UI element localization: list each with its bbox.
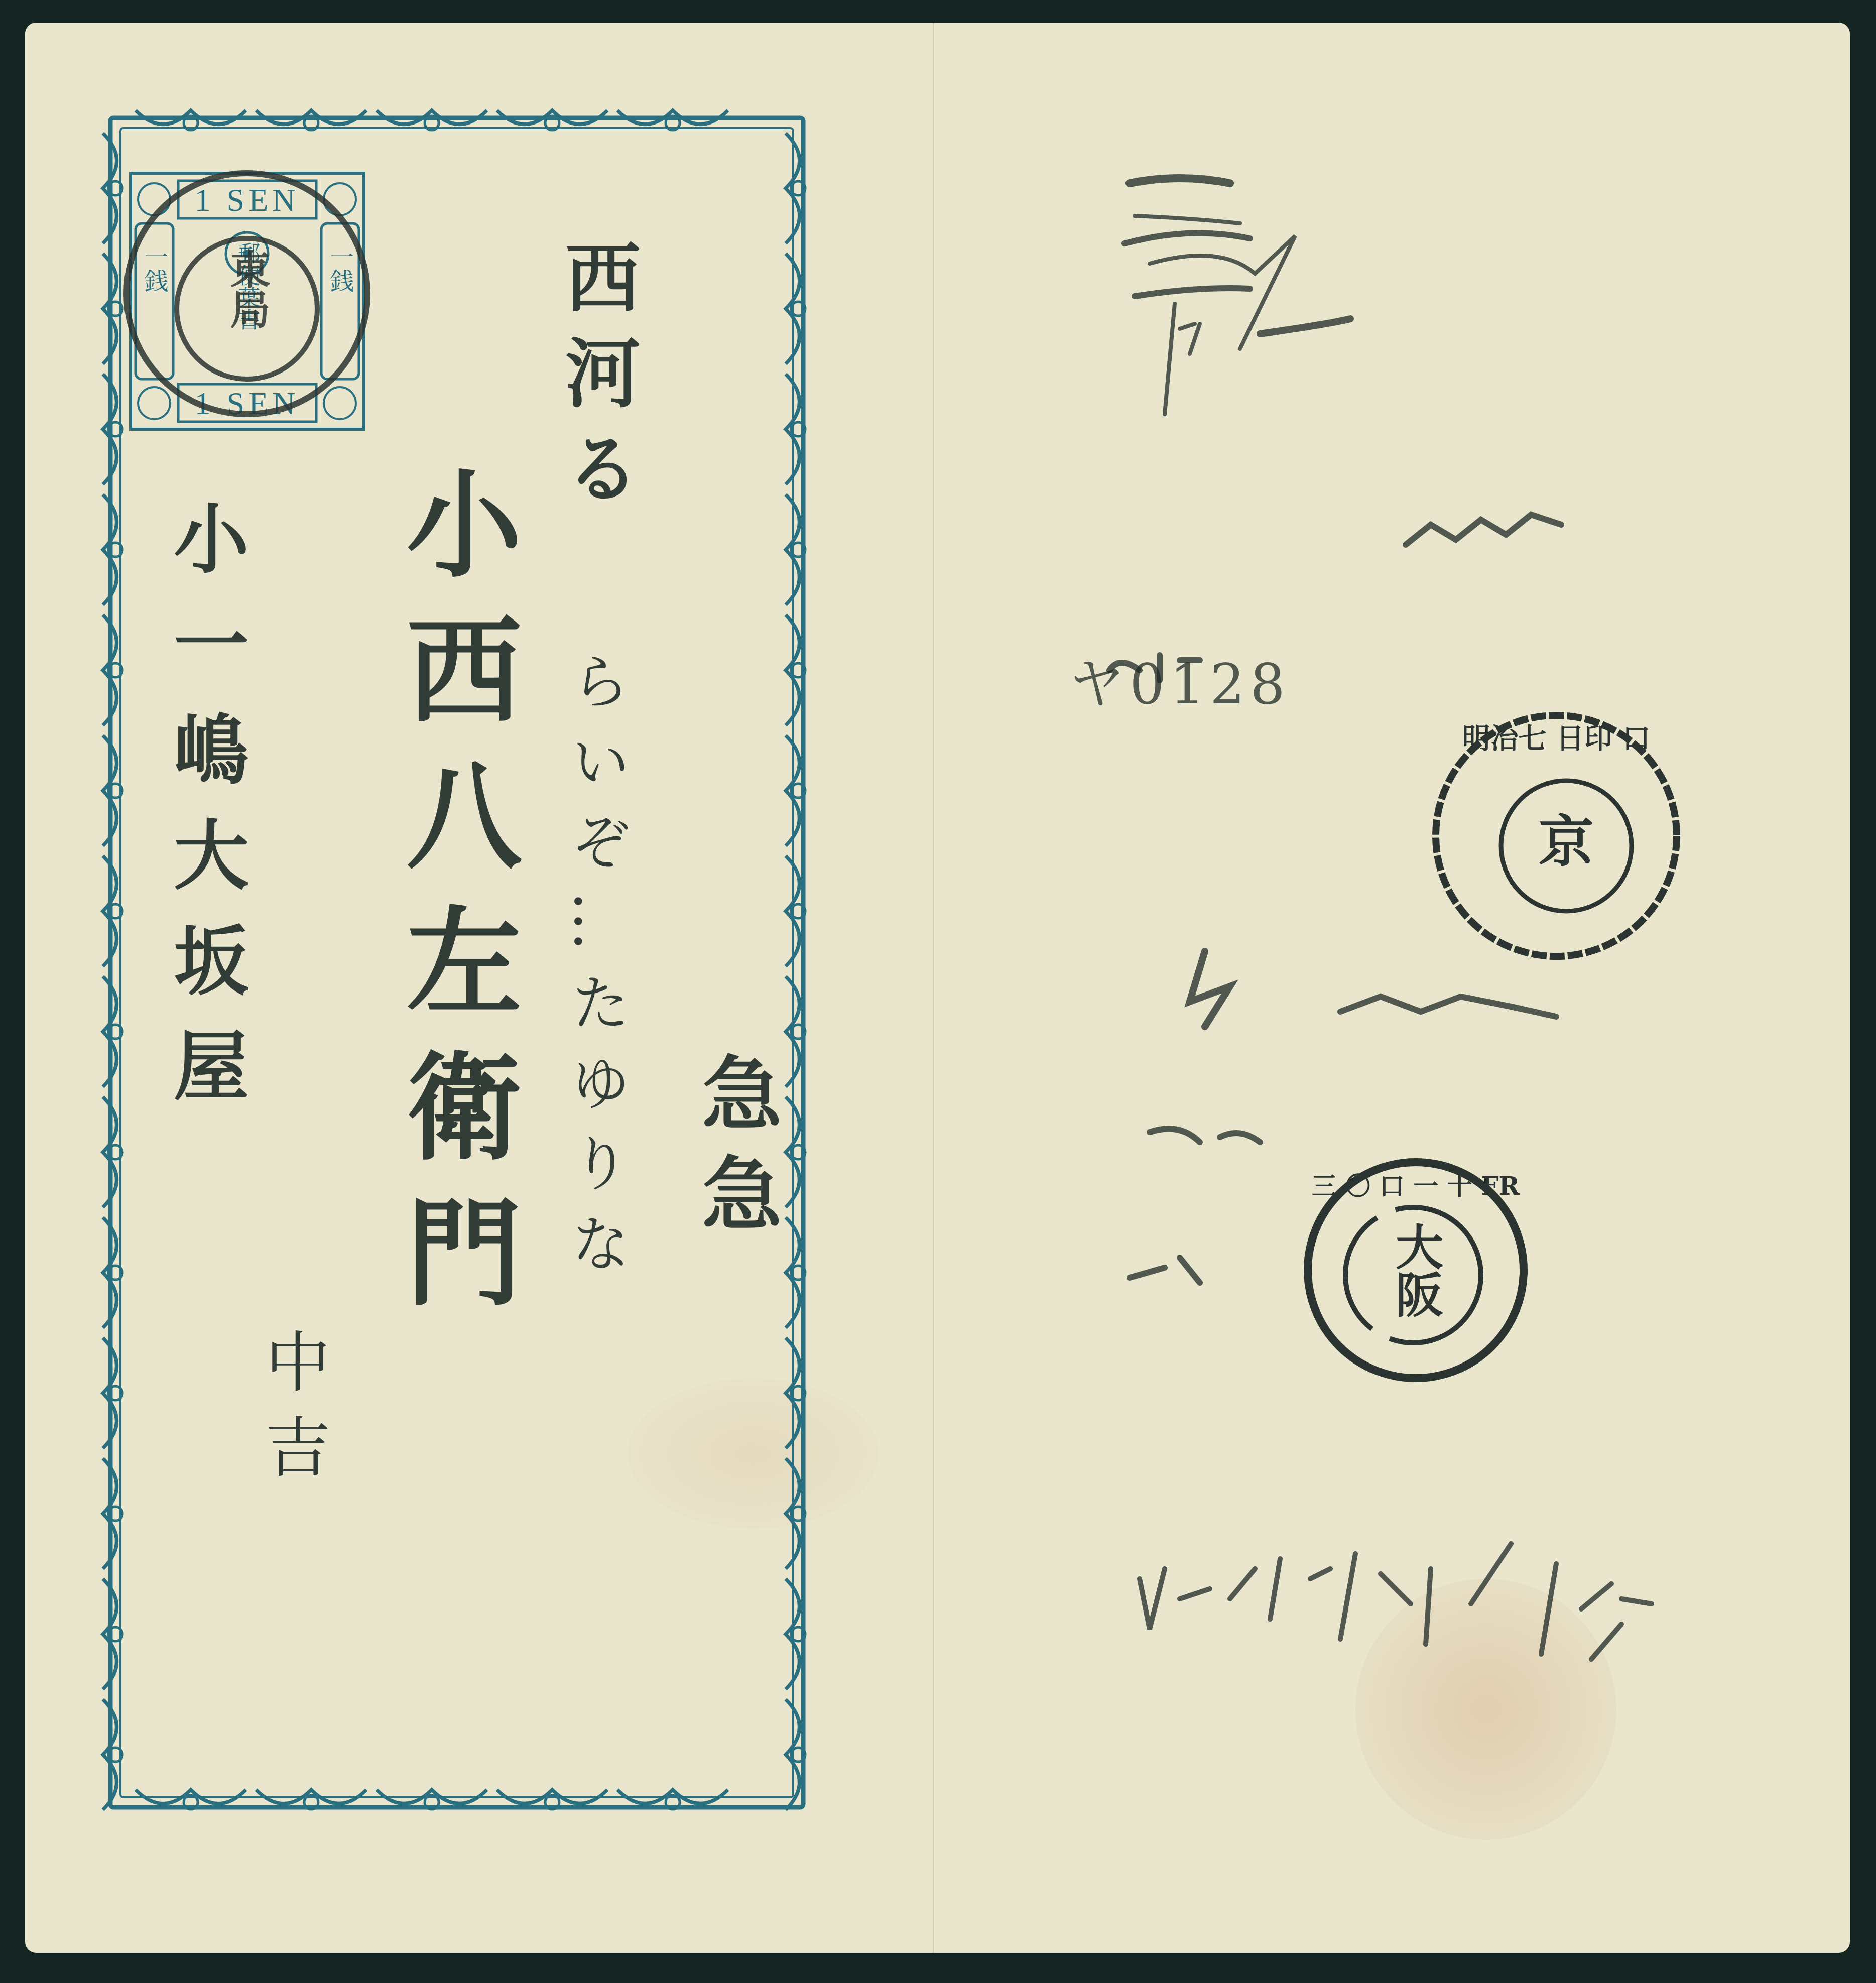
stamp-value-top: 1 SEN	[195, 182, 300, 218]
svg-text:東局: 東局	[223, 249, 271, 329]
svg-text:明治七 日印 口: 明治七 日印 口	[1462, 722, 1651, 755]
svg-text:京: 京	[1539, 809, 1594, 874]
left-margin-column: 小一嶋大坂屋	[151, 500, 259, 1132]
pencil-scribbles	[1109, 178, 1652, 1659]
address-column-4: 急急	[678, 1052, 793, 1253]
card-drawing: 1 SEN 1 SEN 一銭 一銭 郵便葉書 東局 京 明治七 日印 口	[25, 23, 1850, 1953]
address-column-2: らいぞ…たゆりな	[552, 650, 639, 1293]
postcard: 1 SEN 1 SEN 一銭 一銭 郵便葉書 東局 京 明治七 日印 口	[25, 23, 1850, 1953]
back-note: ヤ0128	[1069, 640, 1290, 719]
stamp-side-right: 一銭	[326, 244, 354, 293]
address-column-3: 小西八左衛門	[371, 464, 538, 1338]
svg-text:三 〇 口 一 十 FR: 三 〇 口 一 十 FR	[1312, 1171, 1520, 1201]
stamp-side-left: 一銭	[140, 244, 168, 293]
stamp: 1 SEN 1 SEN 一銭 一銭 郵便葉書 東局	[127, 173, 367, 429]
address-column-5: 中吉	[246, 1328, 340, 1499]
svg-text:大阪: 大阪	[1388, 1222, 1444, 1318]
postmark-back-upper: 京 明治七 日印 口	[1436, 715, 1677, 956]
address-column-1: 西河る	[542, 238, 651, 525]
postmark-back-lower: 大阪 三 〇 口 一 十 FR	[1308, 1162, 1524, 1378]
